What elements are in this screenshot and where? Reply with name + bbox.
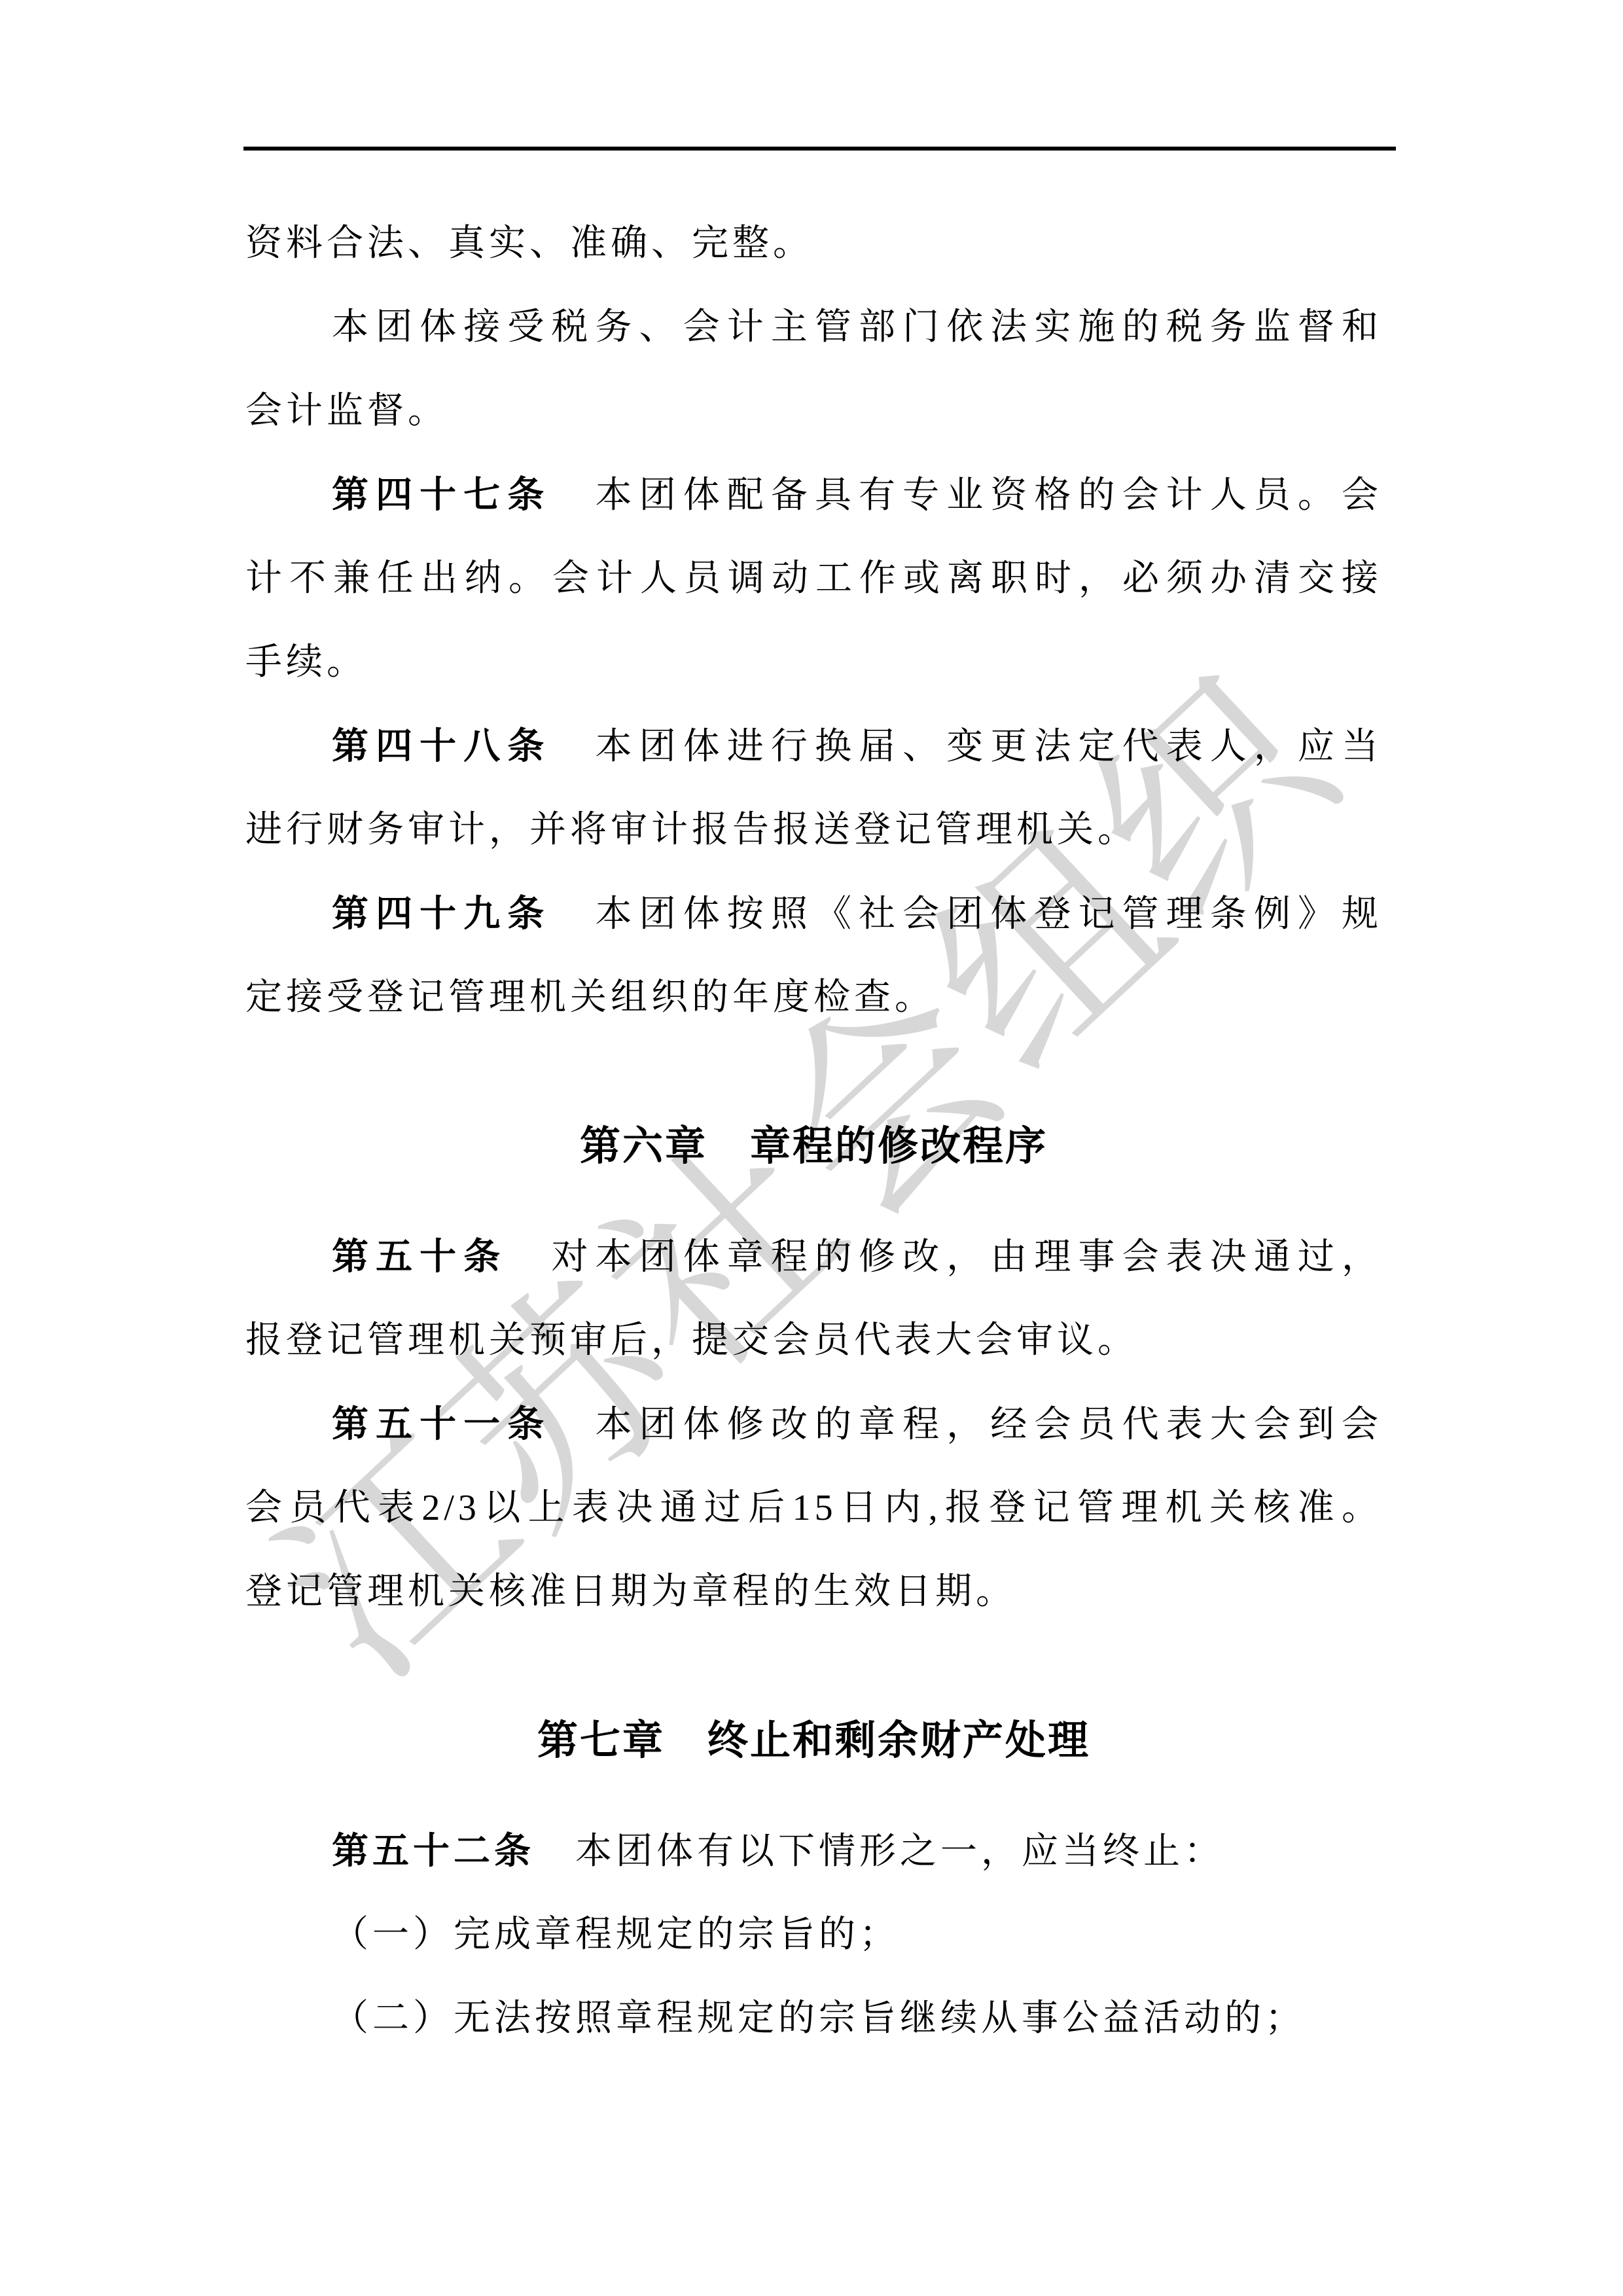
document-line: 第四十八条 本团体进行换届、变更法定代表人，应当 (245, 704, 1382, 788)
line-text: 会员代表2/3以上表决通过后15日内,报登记管理机关核准。 (245, 1488, 1382, 1528)
line-text: 本团体接受税务、会计主管部门依法实施的税务监督和 (332, 307, 1382, 348)
line-text: 会计监督。 (245, 391, 448, 431)
line-text: 进行财务审计，并将审计报告报送登记管理机关。 (245, 810, 1138, 850)
line-text: 对本团体章程的修改，由理事会表决通过， (507, 1237, 1382, 1278)
document-body: 资料合法、真实、准确、完整。本团体接受税务、会计主管部门依法实施的税务监督和会计… (245, 202, 1382, 2060)
document-line: 报登记管理机关预审后，提交会员代表大会审议。 (245, 1299, 1382, 1382)
line-text: 登记管理机关核准日期为章程的生效日期。 (245, 1571, 1016, 1612)
article-number: 第四十八条 (332, 725, 551, 766)
document-line: 手续。 (245, 620, 1382, 704)
document-line: 第四十七条 本团体配备具有专业资格的会计人员。会 (245, 453, 1382, 537)
document-line: 定接受登记管理机关组织的年度检查。 (245, 956, 1382, 1039)
document-line: 计不兼任出纳。会计人员调动工作或离职时，必须办清交接 (245, 537, 1382, 620)
line-text: （二）无法按照章程规定的宗旨继续从事公益活动的； (332, 1998, 1306, 2039)
document-line: （一）完成章程规定的宗旨的； (245, 1893, 1382, 1977)
line-text: 本团体配备具有专业资格的会计人员。会 (551, 475, 1382, 516)
document-line: 进行财务审计，并将审计报告报送登记管理机关。 (245, 788, 1382, 872)
document-line: 登记管理机关核准日期为章程的生效日期。 (245, 1550, 1382, 1634)
document-line: 资料合法、真实、准确、完整。 (245, 202, 1382, 285)
line-text: 本团体修改的章程，经会员代表大会到会 (551, 1405, 1382, 1445)
article-number: 第五十条 (332, 1236, 507, 1277)
line-text: 本团体进行换届、变更法定代表人，应当 (551, 726, 1382, 767)
chapter-heading: 第七章 终止和剩余财产处理 (245, 1699, 1382, 1783)
document-line: 第四十九条 本团体按照《社会团体登记管理条例》规 (245, 872, 1382, 956)
line-text: 本团体有以下情形之一，应当终止： (535, 1831, 1224, 1872)
line-text: 资料合法、真实、准确、完整。 (245, 223, 813, 264)
header-rule (243, 147, 1396, 151)
article-number: 第四十七条 (332, 474, 551, 515)
document-page: 江苏社会组织 资料合法、真实、准确、完整。本团体接受税务、会计主管部门依法实施的… (0, 0, 1623, 2296)
line-text: 本团体按照《社会团体登记管理条例》规 (551, 894, 1382, 935)
document-line: 会计监督。 (245, 369, 1382, 453)
line-text: 手续。 (245, 642, 367, 683)
document-line: 本团体接受税务、会计主管部门依法实施的税务监督和 (245, 285, 1382, 369)
article-number: 第五十二条 (332, 1830, 535, 1871)
line-text: 报登记管理机关预审后，提交会员代表大会审议。 (245, 1320, 1138, 1361)
article-number: 第五十一条 (332, 1403, 551, 1444)
document-line: 第五十一条 本团体修改的章程，经会员代表大会到会 (245, 1382, 1382, 1466)
document-line: 会员代表2/3以上表决通过后15日内,报登记管理机关核准。 (245, 1466, 1382, 1550)
line-text: 计不兼任出纳。会计人员调动工作或离职时，必须办清交接 (245, 558, 1382, 599)
document-line: 第五十条 对本团体章程的修改，由理事会表决通过， (245, 1215, 1382, 1299)
document-line: 第五十二条 本团体有以下情形之一，应当终止： (245, 1809, 1382, 1893)
chapter-heading: 第六章 章程的修改程序 (245, 1105, 1382, 1189)
line-text: （一）完成章程规定的宗旨的； (332, 1914, 900, 1955)
document-line: （二）无法按照章程规定的宗旨继续从事公益活动的； (245, 1977, 1382, 2060)
article-number: 第四十九条 (332, 893, 551, 934)
line-text: 定接受登记管理机关组织的年度检查。 (245, 977, 935, 1018)
